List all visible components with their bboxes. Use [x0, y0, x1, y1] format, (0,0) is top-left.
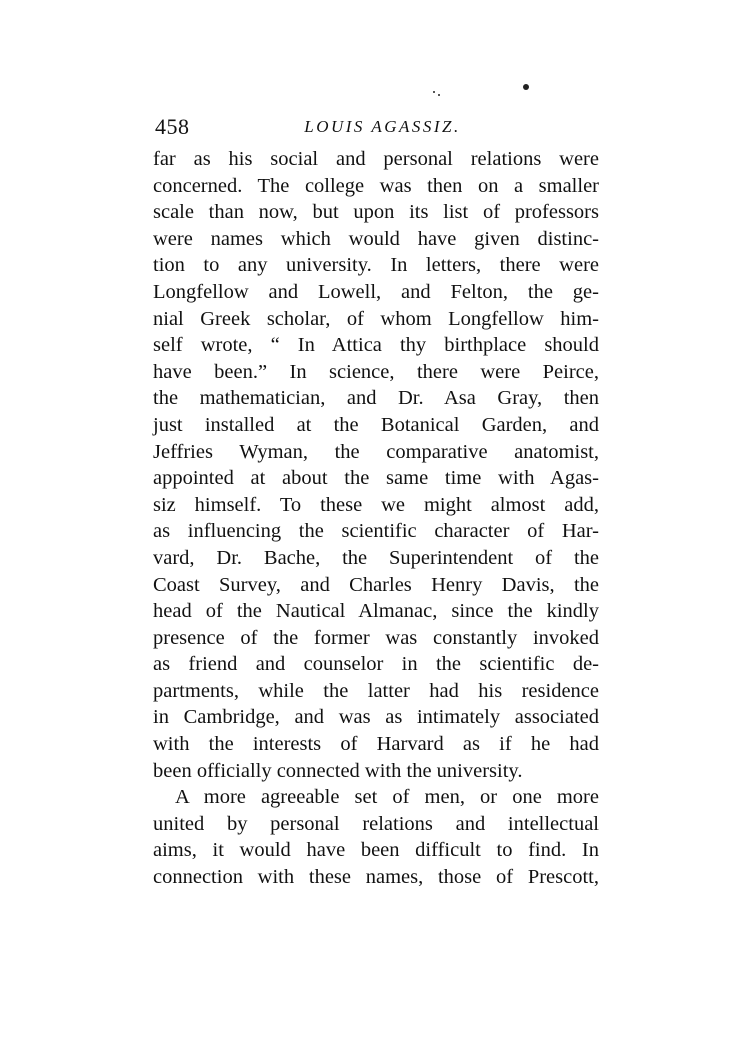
- text-line: just installed at the Botanical Garden, …: [153, 412, 599, 439]
- text-line: Coast Survey, and Charles Henry Davis, t…: [153, 572, 599, 599]
- text-line: tion to any university. In letters, ther…: [153, 252, 599, 279]
- text-line: in Cambridge, and was as intimately asso…: [153, 704, 599, 731]
- body-text: far as his social and personal relations…: [153, 146, 599, 891]
- text-line: with the interests of Harvard as if he h…: [153, 731, 599, 758]
- text-line: scale than now, but upon its list of pro…: [153, 199, 599, 226]
- text-line: united by personal relations and intelle…: [153, 811, 599, 838]
- text-line: aims, it would have been difficult to fi…: [153, 837, 599, 864]
- text-line: presence of the former was constantly in…: [153, 625, 599, 652]
- text-line: partments, while the latter had his resi…: [153, 678, 599, 705]
- text-line: Jeffries Wyman, the comparative anatomis…: [153, 439, 599, 466]
- running-head: LOUIS AGASSIZ.: [155, 117, 600, 137]
- text-line: self wrote, “ In Attica thy birthplace s…: [153, 332, 599, 359]
- scan-speck: [523, 84, 529, 90]
- text-line: concerned. The college was then on a sma…: [153, 173, 599, 200]
- text-line: far as his social and personal relations…: [153, 146, 599, 173]
- page-header: 458 LOUIS AGASSIZ.: [155, 114, 600, 142]
- text-line: the mathematician, and Dr. Asa Gray, the…: [153, 385, 599, 412]
- text-line: been officially connected with the unive…: [153, 758, 599, 785]
- text-line: as friend and counselor in the scientifi…: [153, 651, 599, 678]
- text-line: have been.” In science, there were Peirc…: [153, 359, 599, 386]
- text-line: were names which would have given distin…: [153, 226, 599, 253]
- scan-speck: [438, 94, 440, 96]
- text-line: connection with these names, those of Pr…: [153, 864, 599, 891]
- text-line: nial Greek scholar, of whom Longfellow h…: [153, 306, 599, 333]
- text-line: siz himself. To these we might almost ad…: [153, 492, 599, 519]
- text-line: Longfellow and Lowell, and Felton, the g…: [153, 279, 599, 306]
- paragraph-1: far as his social and personal relations…: [153, 146, 599, 784]
- text-line: as influencing the scientific character …: [153, 518, 599, 545]
- text-line: appointed at about the same time with Ag…: [153, 465, 599, 492]
- text-line: A more agreeable set of men, or one more: [153, 784, 599, 811]
- text-line: head of the Nautical Almanac, since the …: [153, 598, 599, 625]
- paragraph-2: A more agreeable set of men, or one more…: [153, 784, 599, 890]
- scan-speck: [433, 91, 435, 93]
- text-line: vard, Dr. Bache, the Superintendent of t…: [153, 545, 599, 572]
